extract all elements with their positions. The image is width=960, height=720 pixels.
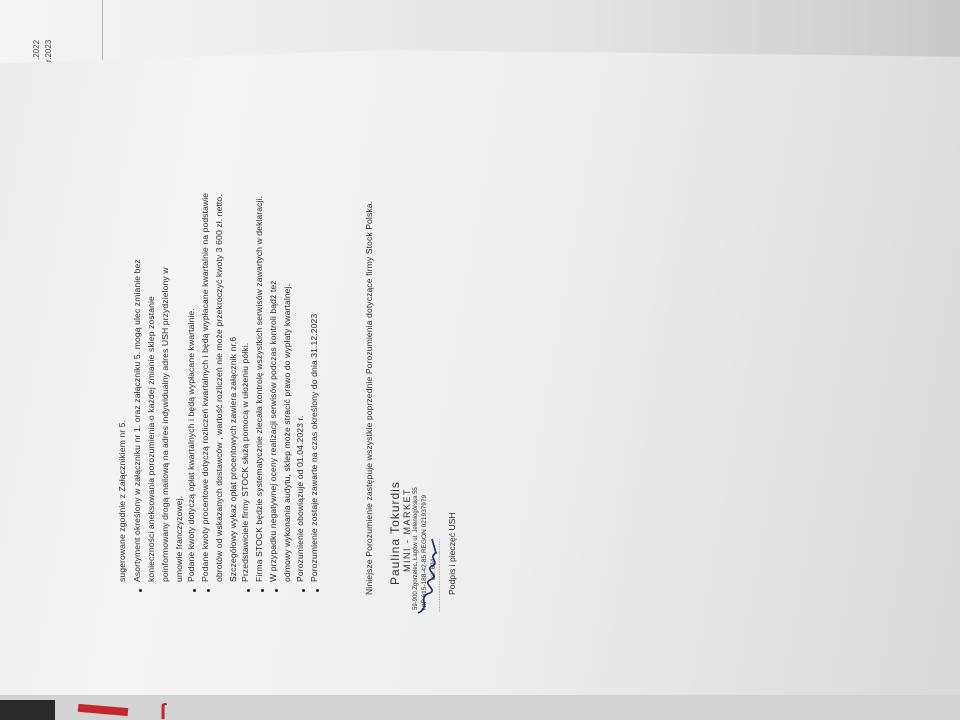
text-line: konieczności aneksowania porozumienia o … — [146, 296, 156, 582]
text-line: Firma STOCK będzie systematycznie zlecał… — [254, 196, 264, 582]
text-line: Szczegółowy wykaz opłat procentowych zaw… — [228, 337, 238, 582]
closing-statement: Niniejsze Porozumienie zastępuje wszystk… — [364, 201, 374, 595]
text-line: Przedstawiciele firmy STOCK służą pomocą… — [240, 343, 250, 582]
text-line: Podane kwoty dotyczą opłat kwartalnych i… — [186, 308, 196, 582]
bullet — [316, 589, 319, 592]
text-line: Porozumienie obowiązuje od 01.04.2023 r. — [295, 416, 305, 582]
text-line: W przypadku negatywnej oceny realizacji … — [268, 280, 278, 582]
text-line: Asortyment określony w załączniku nr 1. … — [132, 259, 142, 582]
stamp-name: Paulina Tokurdis — [388, 481, 402, 585]
bullet — [193, 589, 196, 592]
stamp-shop: MINI - MARKET — [402, 488, 412, 572]
bullet — [207, 589, 210, 592]
bullet — [261, 589, 264, 592]
signature-label: Podpis i pieczęć USH — [447, 512, 457, 595]
text-line: poinformowany drogą mailową na adres ind… — [160, 267, 170, 582]
document-content: sugerowane zgodnie z Załącznikiem nr 5. … — [0, 0, 960, 720]
handwritten-signature — [412, 535, 440, 615]
bullet — [275, 589, 278, 592]
bullet — [302, 589, 305, 592]
text-line: Porozumienie zostaje zawarte na czas okr… — [309, 314, 319, 582]
text-line: umowie franczyzowej. — [174, 496, 184, 582]
text-line: sugerowane zgodnie z Załącznikiem nr 5. — [117, 420, 127, 582]
text-line: odmowy wykonania audytu, sklep może stra… — [282, 284, 292, 582]
bullet — [139, 589, 142, 592]
bullet — [247, 589, 250, 592]
text-line: obrotów od wskazanych dostawców , wartoś… — [214, 194, 224, 582]
text-line: Podane kwoty procentowe dotyczą rozlicze… — [200, 193, 210, 582]
